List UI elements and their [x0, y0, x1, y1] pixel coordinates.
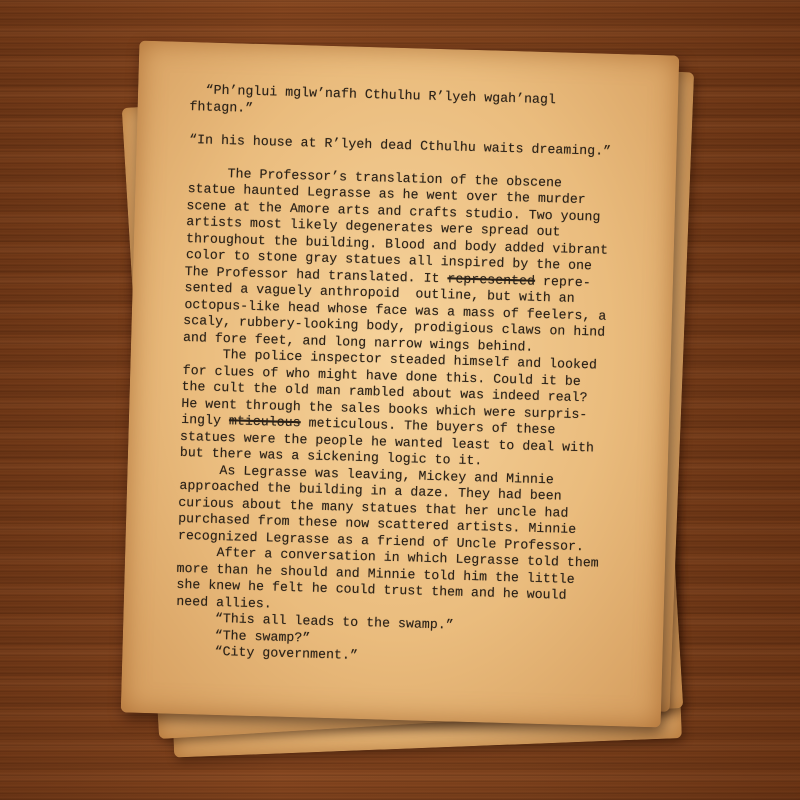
wooden-desk: “Ph’nglui mglw’nafh Cthulhu R’lyeh wgah’…: [0, 0, 800, 800]
paper-sheet-top: “Ph’nglui mglw’nafh Cthulhu R’lyeh wgah’…: [121, 41, 680, 728]
text-segment: “City government.”: [214, 644, 358, 663]
text-segment: repre-: [535, 273, 591, 290]
text-segment: fhtagn.”: [189, 99, 253, 116]
struck-word: mticulous: [229, 413, 301, 430]
typewritten-text: “Ph’nglui mglw’nafh Cthulhu R’lyeh wgah’…: [174, 82, 660, 672]
text-segment: “The swamp?”: [215, 627, 311, 645]
text-segment: need allies.: [176, 593, 272, 611]
text-segment: ingly: [181, 412, 229, 428]
struck-word: represented: [447, 271, 535, 288]
